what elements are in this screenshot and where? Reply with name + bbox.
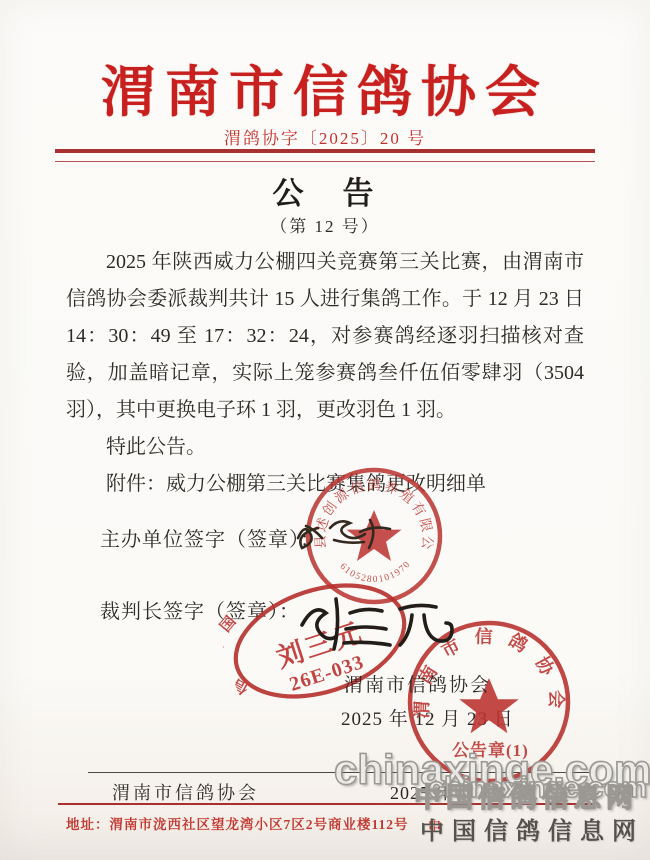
body-closing: 特此公告。 xyxy=(66,429,584,466)
watermark-chinese-outline: 中国信鸽信息网 xyxy=(414,776,638,815)
organizer-handwritten-signature xyxy=(286,504,398,562)
notice-number: （第 12 号） xyxy=(0,212,650,237)
announcement-document: 渭南市信鸽协会 渭鸽协字〔2025〕20 号 公 告 （第 12 号） 2025… xyxy=(0,0,650,860)
body-paragraph: 2025 年陕西威力公棚四关竞赛第三关比赛，由渭南市信鸽协会委派裁判共计 15 … xyxy=(66,244,584,429)
footer-issuer: 渭南市信鸽协会 xyxy=(112,779,259,805)
chief-judge-signature-label: 裁判长签字（签章）： xyxy=(100,595,300,624)
watermark-chinese-solid: 中国信鸽信息网 xyxy=(420,811,644,846)
body-attachment: 附件：威力公棚第三关比赛集鸽更改明细单 xyxy=(66,466,584,503)
red-divider-rule xyxy=(55,149,595,162)
issuer-name: 渭南市信鸽协会 xyxy=(344,670,491,697)
organizer-stamp-number: 6105280101970 xyxy=(338,559,414,585)
judge-handwritten-signature xyxy=(284,583,464,671)
association-title: 渭南市信鸽协会 xyxy=(0,48,650,127)
footer-address: 地址：渭南市泷西社区望龙湾小区7区2号商业楼112号 xyxy=(66,813,409,833)
issue-date: 2025 年 12 月 23 日 xyxy=(341,704,514,731)
notice-body: 2025 年陕西威力公棚四关竞赛第三关比赛，由渭南市信鸽协会委派裁判共计 15 … xyxy=(66,244,584,503)
notice-heading: 公 告 xyxy=(0,168,650,213)
document-number: 渭鸽协字〔2025〕20 号 xyxy=(0,124,650,149)
